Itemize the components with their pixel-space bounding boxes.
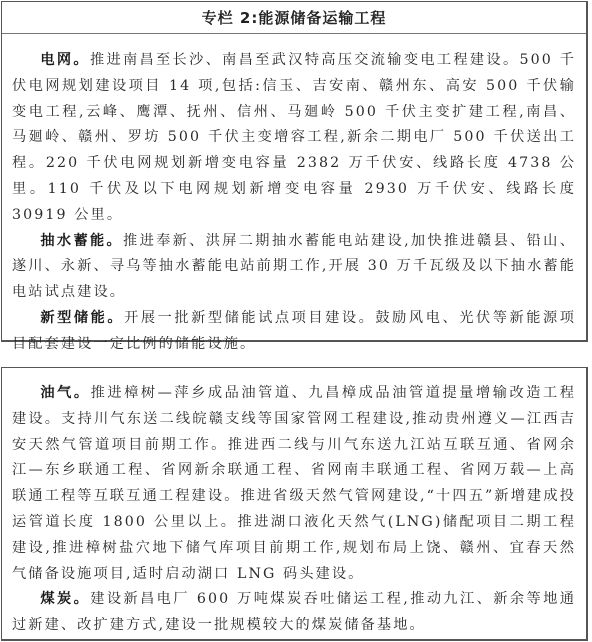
paragraph-coal: 煤炭。建设新昌电厂 600 万吨煤炭吞吐储运工程,推动九江、新余等地通过新建、改… — [12, 587, 576, 639]
paragraph-new-energy-storage: 新型储能。开展一批新型储能试点项目建设。鼓励风电、光伏等新能源项目配套建设一定比… — [12, 306, 576, 358]
paragraph-text: 推进南昌至长沙、南昌至武汉特高压交流输变电工程建设。500 千伏电网规划建设项目… — [12, 52, 576, 223]
paragraph-oil-gas: 油气。推进樟树—萍乡成品油管道、九昌樟成品油管道提量增输改造工程建设。支持川气东… — [12, 381, 576, 587]
box-body: 电网。推进南昌至长沙、南昌至武汉特高压交流输变电工程建设。500 千伏电网规划建… — [2, 34, 586, 358]
special-column-box-energy-storage: 专栏 2:能源储备运输工程 电网。推进南昌至长沙、南昌至武汉特高压交流输变电工程… — [1, 1, 588, 342]
paragraph-text: 推进樟树—萍乡成品油管道、九昌樟成品油管道提量增输改造工程建设。支持川气东送二线… — [12, 385, 576, 582]
box-body: 油气。推进樟树—萍乡成品油管道、九昌樟成品油管道提量增输改造工程建设。支持川气东… — [2, 368, 586, 639]
paragraph-lead: 新型储能。 — [40, 310, 124, 326]
special-column-box-continued: 油气。推进樟树—萍乡成品油管道、九昌樟成品油管道提量增输改造工程建设。支持川气东… — [1, 367, 588, 641]
box-title: 专栏 2:能源储备运输工程 — [2, 2, 586, 34]
paragraph-text: 建设新昌电厂 600 万吨煤炭吞吐储运工程,推动九江、新余等地通过新建、改扩建方… — [12, 591, 576, 633]
paragraph-lead: 电网。 — [40, 52, 90, 68]
paragraph-pumped-storage: 抽水蓄能。推进奉新、洪屏二期抽水蓄能电站建设,加快推进赣县、铅山、遂川、永新、寻… — [12, 229, 576, 306]
paragraph-lead: 煤炭。 — [40, 591, 90, 607]
paragraph-lead: 抽水蓄能。 — [40, 233, 123, 249]
paragraph-power-grid: 电网。推进南昌至长沙、南昌至武汉特高压交流输变电工程建设。500 千伏电网规划建… — [12, 48, 576, 229]
paragraph-lead: 油气。 — [40, 385, 90, 401]
